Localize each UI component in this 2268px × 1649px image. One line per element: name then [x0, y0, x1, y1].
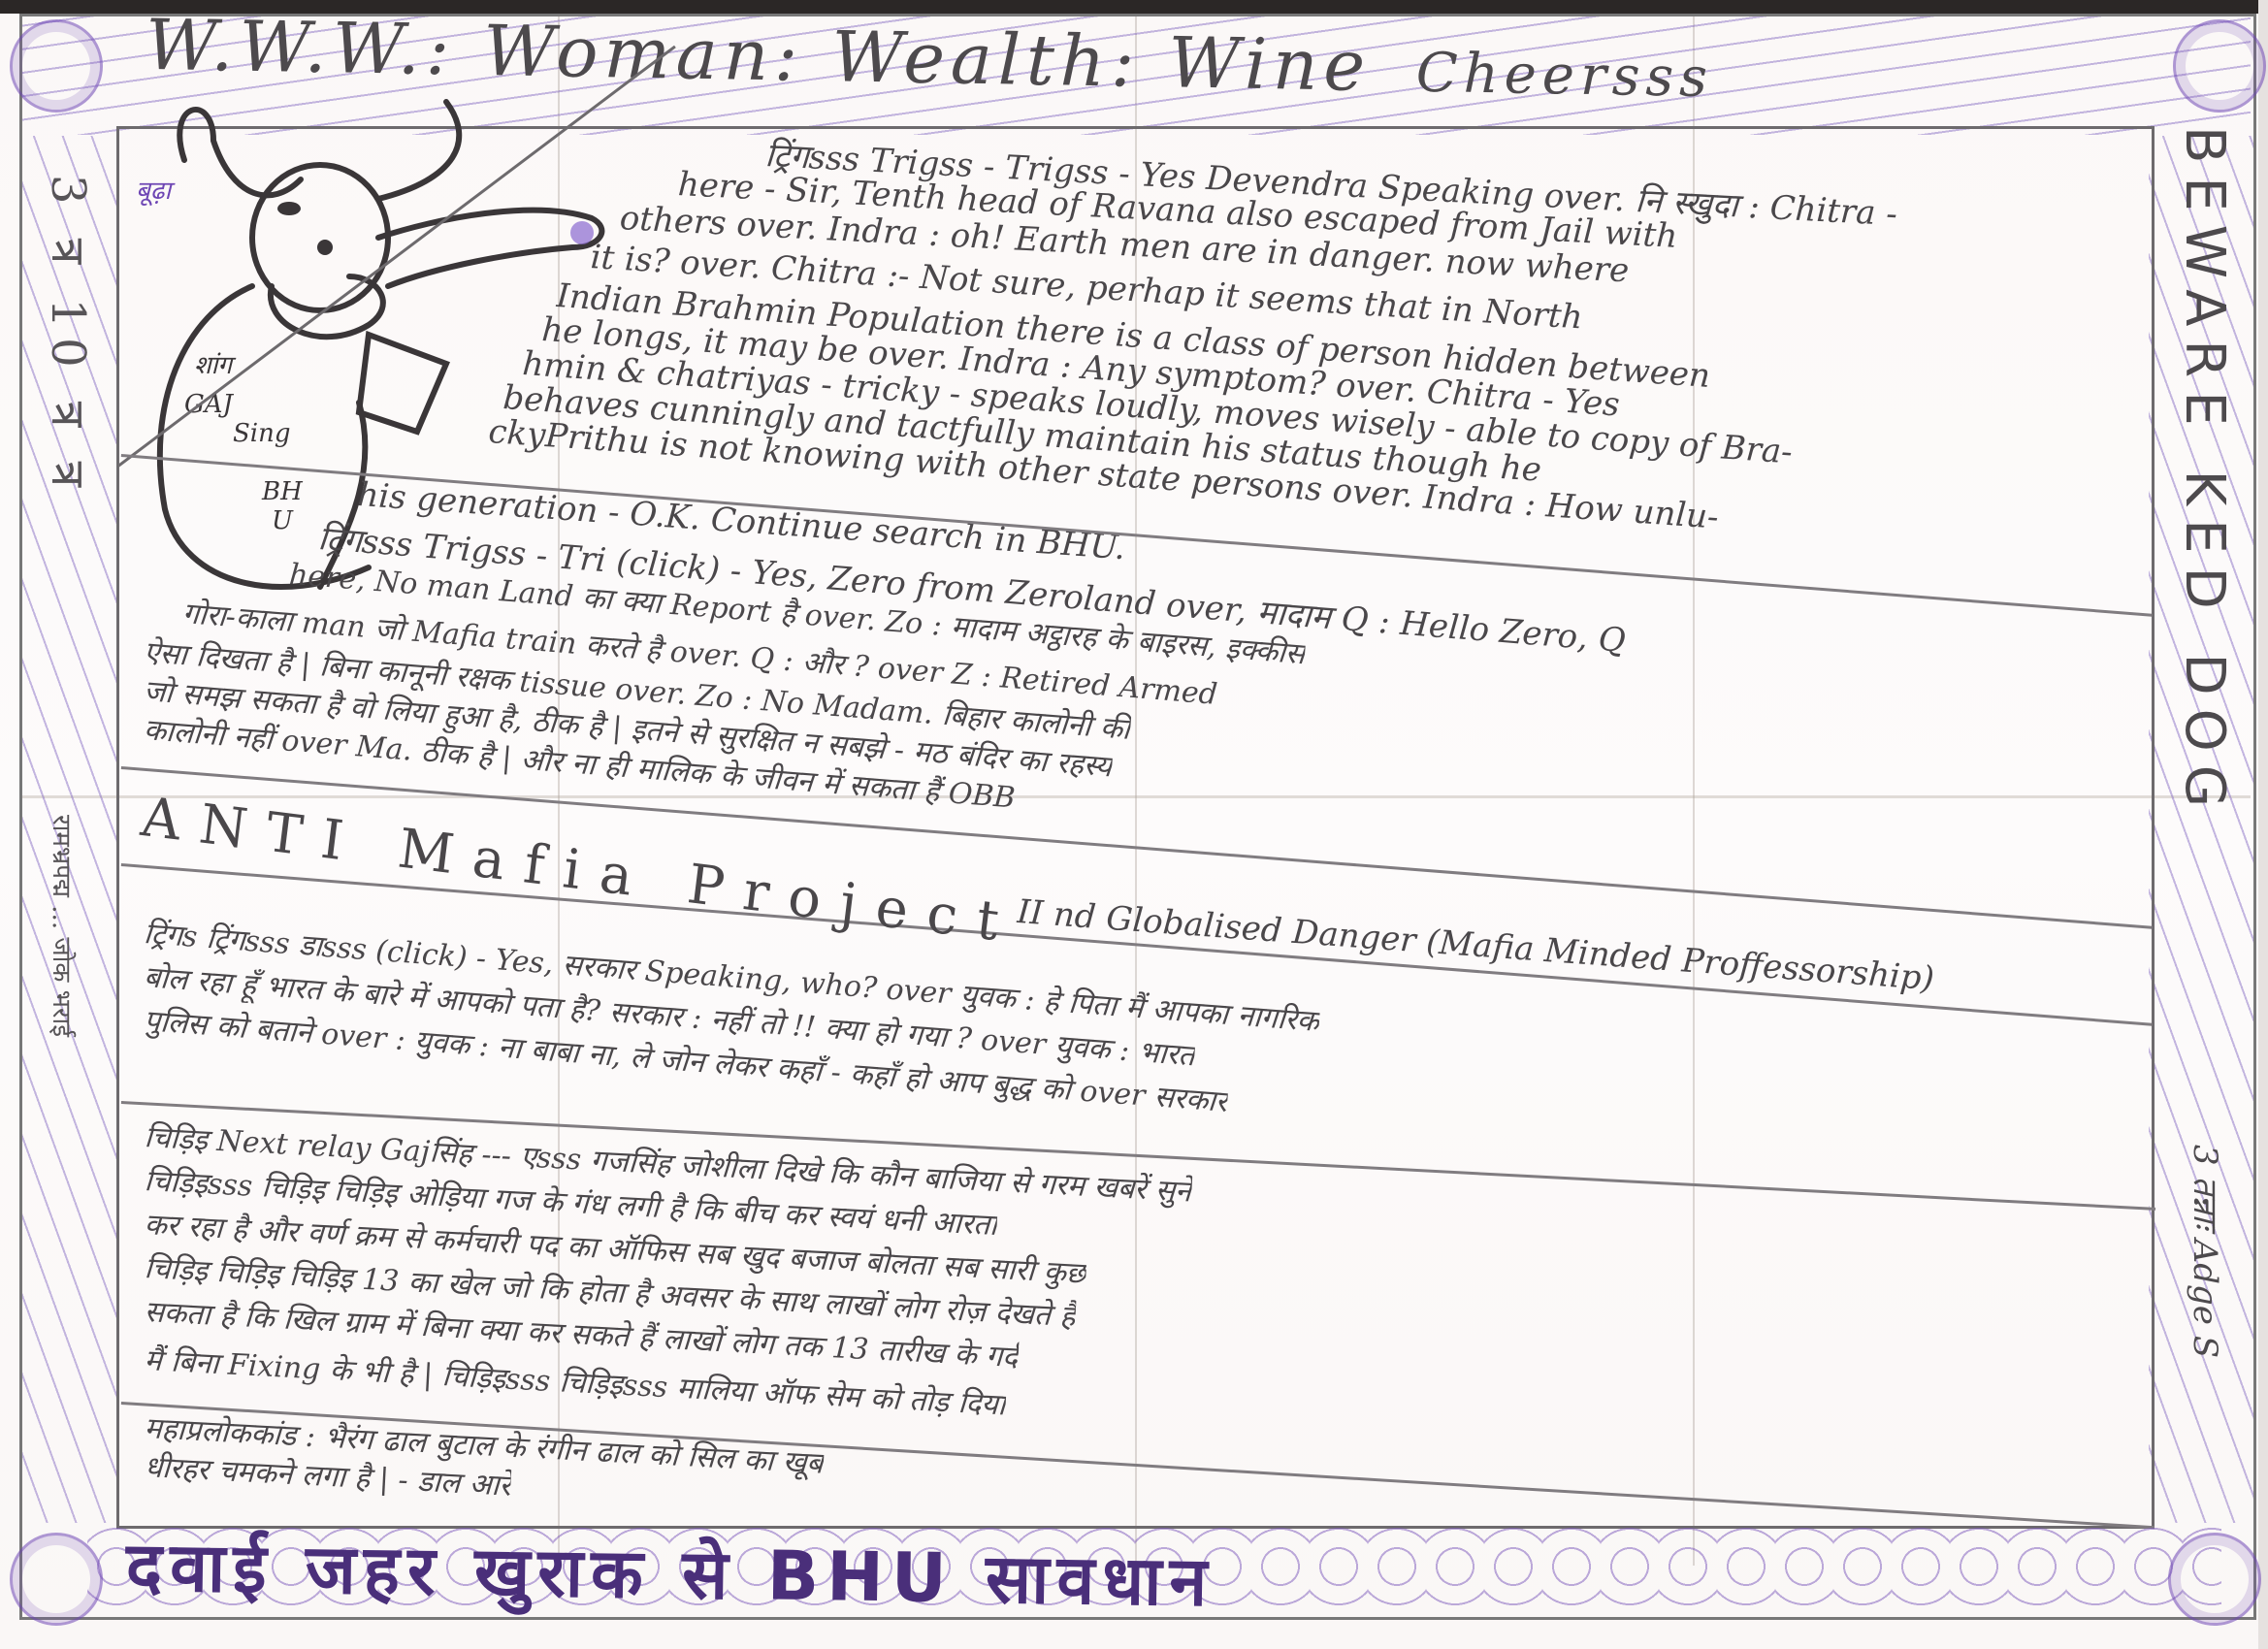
svg-text:बूढ़ा: बूढ़ा [136, 177, 176, 207]
right-margin-note: 3 तन्नाः Adge S [2183, 1145, 2227, 1358]
corner-scribble [10, 19, 103, 113]
left-margin-note: रामभ्रपद्म ... जोक भराई [44, 815, 79, 1037]
corner-scribble [2173, 19, 2266, 113]
right-margin-beware: BEWARE KED DOG [2173, 126, 2236, 821]
svg-text:U: U [272, 506, 294, 535]
left-margin-text: 3 त्र 10 त्र त्र [37, 175, 100, 497]
svg-text:शांग: शांग [194, 351, 237, 380]
svg-text:BH: BH [261, 477, 304, 506]
title-cheers: Cheersss [1415, 42, 1713, 110]
scan-edge-right [2258, 0, 2268, 1649]
bottom-banner-text: दवाई जहर खुराक से BHU सावधान [125, 1517, 1215, 1626]
scanned-letter: W.W.W.: Woman: Wealth: Wine Cheersss शां… [0, 0, 2268, 1649]
svg-text:Sing: Sing [233, 419, 291, 448]
